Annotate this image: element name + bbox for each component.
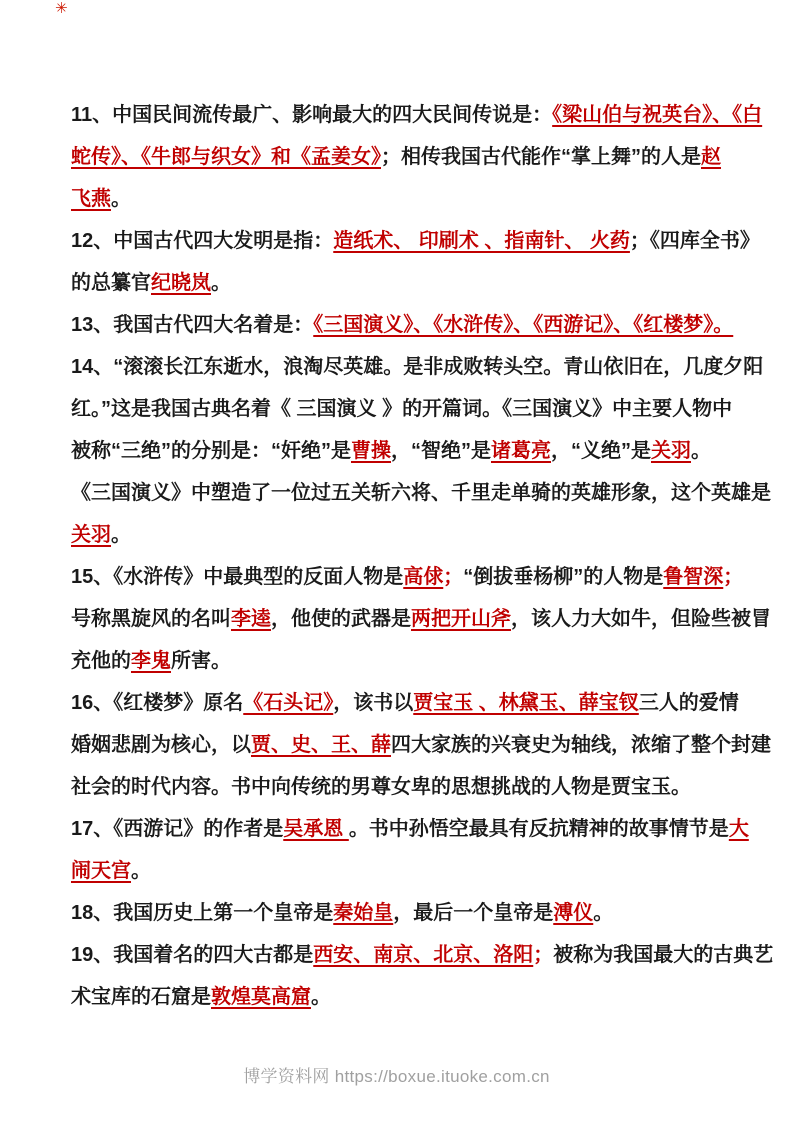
question-text: ，他使的武器是 — [271, 608, 411, 630]
question-text: 17、《西游记》的作者是 — [71, 818, 283, 840]
question-text: 。 — [131, 860, 151, 882]
answer-text: 曹操 — [351, 440, 391, 462]
answer-text: 关羽 — [651, 440, 691, 462]
answer-text: 秦始皇 — [333, 902, 393, 924]
question-text: 的总纂官 — [71, 272, 151, 294]
answer-text: 吴承恩 — [283, 818, 349, 840]
question-text: 术宝库的石窟是 — [71, 986, 211, 1008]
text-line: 16、《红楼梦》原名《石头记》，该书以贾宝玉 、林黛玉、薛宝钗三人的爱情 — [71, 682, 731, 724]
question-text: ，该书以 — [333, 692, 413, 714]
text-line: 15、《水浒传》中最典型的反面人物是高俅；“倒拔垂杨柳”的人物是鲁智深； — [71, 556, 731, 598]
answer-text: 两把开山斧 — [411, 608, 511, 630]
text-line: 12、中国古代四大发明是指：造纸术、 印刷术 、指南针、 火药；《四库全书》 — [71, 220, 731, 262]
answer-text: 李逵 — [231, 608, 271, 630]
text-line: 14、“滚滚长江东逝水，浪淘尽英雄。是非成败转头空。青山依旧在，几度夕阳 — [71, 346, 731, 388]
question-text: 被称为我国最大的古典艺 — [553, 944, 773, 966]
text-line: 号称黑旋风的名叫李逵，他使的武器是两把开山斧，该人力大如牛，但险些被冒 — [71, 598, 731, 640]
question-text: 。 — [691, 440, 711, 462]
question-text: 11、中国民间流传最广、影响最大的四大民间传说是： — [71, 104, 552, 126]
question-text: 14、“滚滚长江东逝水，浪淘尽英雄。是非成败转头空。青山依旧在，几度夕阳 — [71, 356, 763, 378]
question-text: ，最后一个皇帝是 — [393, 902, 553, 924]
text-line: 充他的李鬼所害。 — [71, 640, 731, 682]
text-line: 蛇传》、《牛郎与织女》和《孟姜女》；相传我国古代能作“掌上舞”的人是赵 — [71, 136, 731, 178]
document-page: ✳ 11、中国民间流传最广、影响最大的四大民间传说是：《梁山伯与祝英台》、《白蛇… — [0, 0, 793, 1122]
answer-text: 鲁智深 — [663, 566, 723, 588]
text-line: 被称“三绝”的分别是：“奸绝”是曹操，“智绝”是诸葛亮，“义绝”是关羽。 — [71, 430, 731, 472]
question-text: ；《四库全书》 — [630, 230, 760, 252]
text-line: 闹天宫。 — [71, 850, 731, 892]
question-text: 19、我国着名的四大古都是 — [71, 944, 313, 966]
question-text: ；相传我国古代能作“掌上舞”的人是 — [381, 146, 701, 168]
text-line: 红。”这是我国古典名着《 三国演义 》的开篇词。《三国演义》中主要人物中 — [71, 388, 731, 430]
question-text: ，“智绝”是 — [391, 440, 491, 462]
question-text: ，“义绝”是 — [551, 440, 651, 462]
answer-text: 李鬼 — [131, 650, 171, 672]
answer-text: 溥仪 — [553, 902, 593, 924]
question-text: 四大家族的兴衰史为轴线，浓缩了整个封建 — [391, 734, 771, 756]
question-text: 。 — [311, 986, 331, 1008]
text-line: 飞燕。 — [71, 178, 731, 220]
text-line: 18、我国历史上第一个皇帝是秦始皇，最后一个皇帝是溥仪。 — [71, 892, 731, 934]
answer-text: 《梁山伯与祝英台》、《白 — [552, 104, 762, 126]
question-text: 。 — [211, 272, 231, 294]
footer-watermark: 博学资料网 https://boxue.ituoke.com.cn — [0, 1062, 793, 1087]
question-text: 16、《红楼梦》原名 — [71, 692, 243, 714]
question-text: 社会的时代内容。书中向传统的男尊女卑的思想挑战的人物是贾宝玉。 — [71, 776, 691, 798]
question-text: 被称“三绝”的分别是：“奸绝”是 — [71, 440, 351, 462]
question-text: 号称黑旋风的名叫 — [71, 608, 231, 630]
answer-text: 蛇传》、《牛郎与织女》和《孟姜女》 — [71, 146, 381, 168]
question-text: 。书中孙悟空最具有反抗精神的故事情节是 — [349, 818, 729, 840]
question-text: “倒拔垂杨柳”的人物是 — [463, 566, 663, 588]
text-line: 11、中国民间流传最广、影响最大的四大民间传说是：《梁山伯与祝英台》、《白 — [71, 94, 731, 136]
text-line: 婚姻悲剧为核心，以贾、史、王、薛四大家族的兴衰史为轴线，浓缩了整个封建 — [71, 724, 731, 766]
document-content: 11、中国民间流传最广、影响最大的四大民间传说是：《梁山伯与祝英台》、《白蛇传》… — [71, 94, 731, 1018]
question-text: 所害。 — [171, 650, 231, 672]
footer-watermark-text: 博学资料网 https://boxue.ituoke.com.cn — [243, 1067, 550, 1086]
question-text: 15、《水浒传》中最典型的反面人物是 — [71, 566, 403, 588]
red-corner-mark-icon: ✳ — [55, 1, 68, 16]
answer-text: 西安、南京、北京、洛阳 — [313, 944, 533, 966]
answer-text: ； — [723, 566, 743, 588]
text-line: 关羽。 — [71, 514, 731, 556]
text-line: 13、我国古代四大名着是：《三国演义》、《水浒传》、《西游记》、《红楼梦》。 — [71, 304, 731, 346]
answer-text: 纪晓岚 — [151, 272, 211, 294]
text-line: 术宝库的石窟是敦煌莫高窟。 — [71, 976, 731, 1018]
answer-text: 造纸术、 印刷术 、指南针、 火药 — [333, 230, 630, 252]
text-line: 的总纂官纪晓岚。 — [71, 262, 731, 304]
answer-text: 大 — [729, 818, 749, 840]
question-text: 。 — [593, 902, 613, 924]
answer-text: 诸葛亮 — [491, 440, 551, 462]
answer-text: 飞燕 — [71, 188, 111, 210]
question-text: ，该人力大如牛，但险些被冒 — [511, 608, 771, 630]
answer-text: 敦煌莫高窟 — [211, 986, 311, 1008]
question-text: 《三国演义》中塑造了一位过五关斩六将、千里走单骑的英雄形象，这个英雄是 — [71, 482, 771, 504]
question-text: 红。”这是我国古典名着《 三国演义 》的开篇词。《三国演义》中主要人物中 — [71, 398, 732, 420]
answer-text: 闹天宫 — [71, 860, 131, 882]
question-text: 。 — [111, 524, 131, 546]
answer-text: ； — [443, 566, 463, 588]
answer-text: 关羽 — [71, 524, 111, 546]
question-text: 13、我国古代四大名着是： — [71, 314, 313, 336]
question-text: 。 — [111, 188, 131, 210]
answer-text: ； — [533, 944, 553, 966]
answer-text: 高俅 — [403, 566, 443, 588]
answer-text: 赵 — [701, 146, 721, 168]
answer-text: 《石头记》 — [243, 692, 333, 714]
answer-text: 《三国演义》、《水浒传》、《西游记》、《红楼梦》。 — [313, 314, 733, 336]
answer-text: 贾宝玉 、林黛玉、薛宝钗 — [413, 692, 639, 714]
question-text: 18、我国历史上第一个皇帝是 — [71, 902, 333, 924]
answer-text: 贾、史、王、薛 — [251, 734, 391, 756]
question-text: 12、中国古代四大发明是指： — [71, 230, 333, 252]
text-line: 《三国演义》中塑造了一位过五关斩六将、千里走单骑的英雄形象，这个英雄是 — [71, 472, 731, 514]
text-line: 19、我国着名的四大古都是西安、南京、北京、洛阳；被称为我国最大的古典艺 — [71, 934, 731, 976]
question-text: 充他的 — [71, 650, 131, 672]
text-line: 社会的时代内容。书中向传统的男尊女卑的思想挑战的人物是贾宝玉。 — [71, 766, 731, 808]
text-line: 17、《西游记》的作者是吴承恩 。书中孙悟空最具有反抗精神的故事情节是大 — [71, 808, 731, 850]
question-text: 婚姻悲剧为核心，以 — [71, 734, 251, 756]
question-text: 三人的爱情 — [639, 692, 739, 714]
